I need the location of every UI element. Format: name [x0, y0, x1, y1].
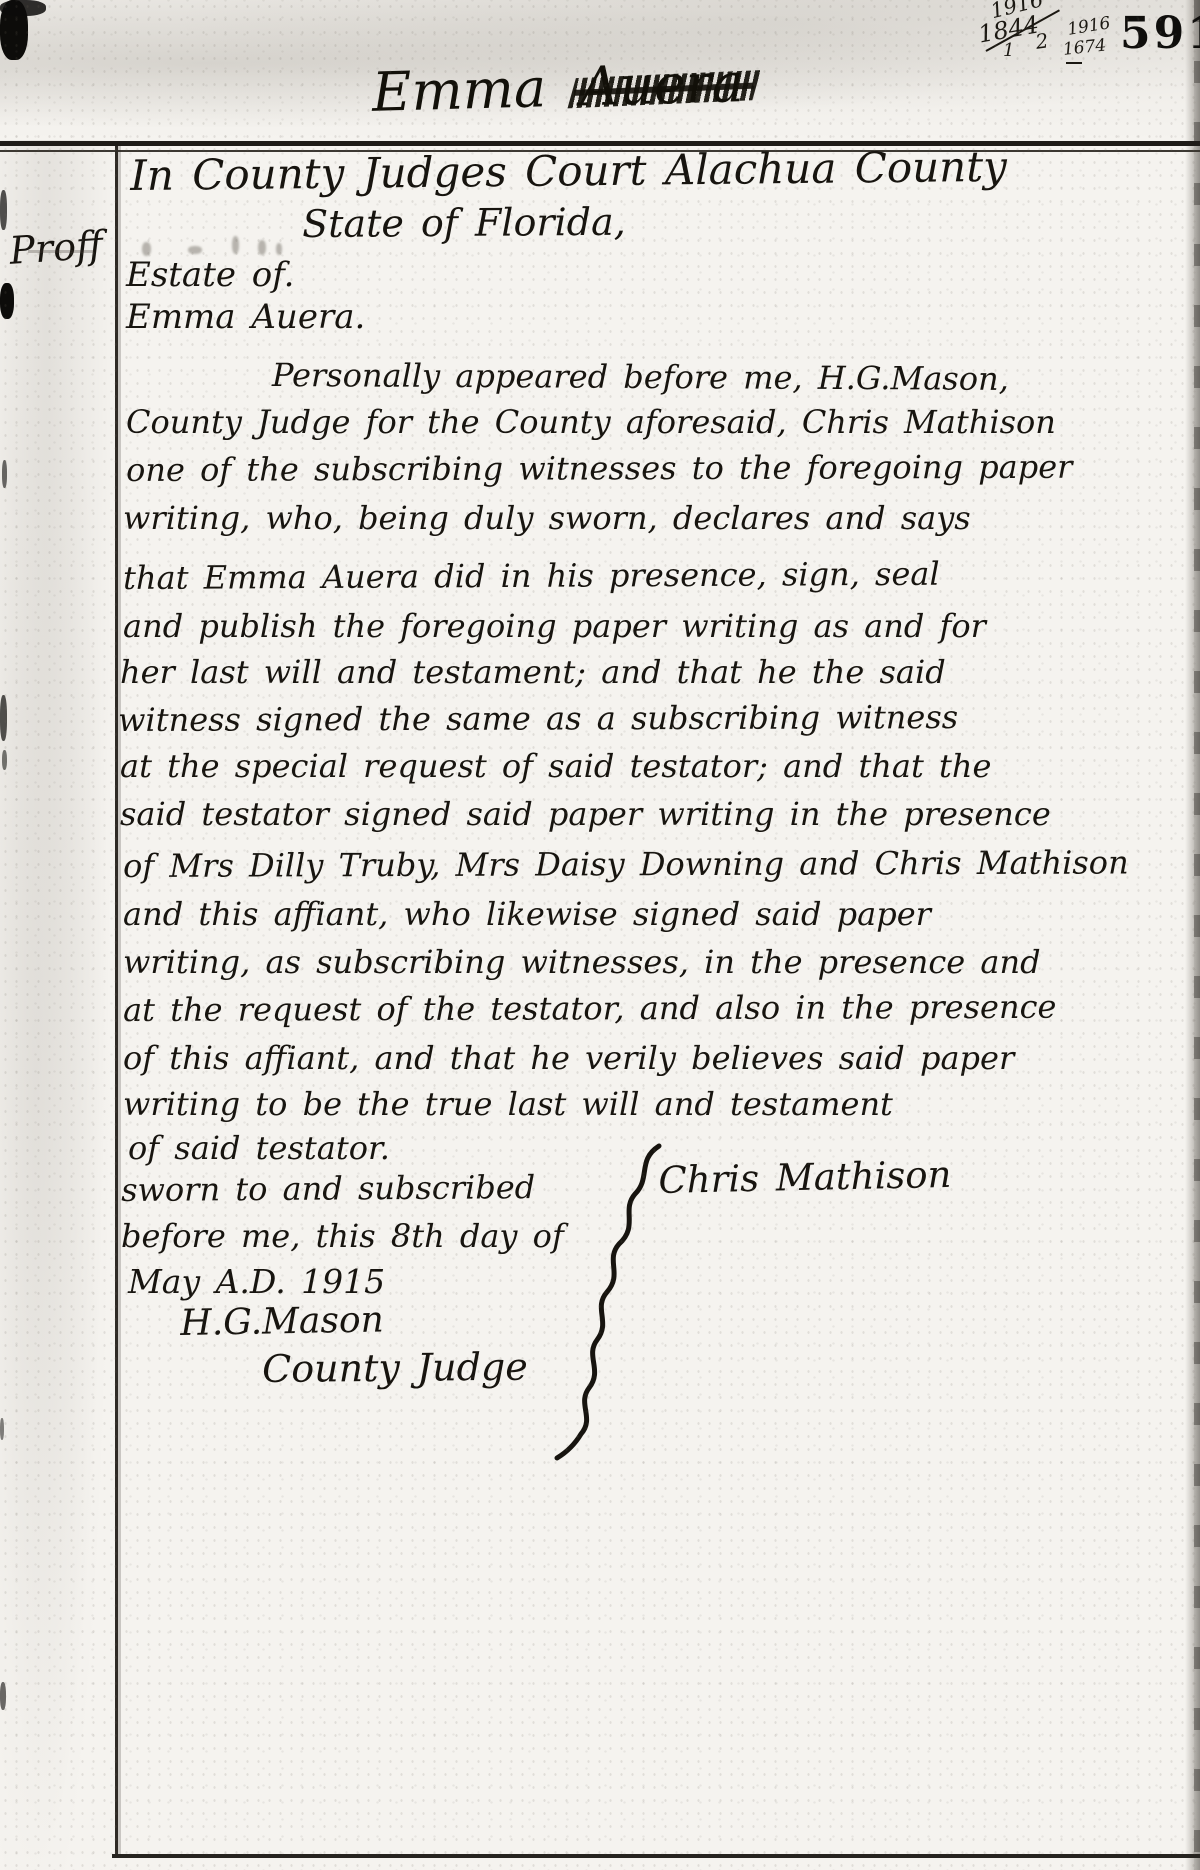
decedent-name-line: Emma Auera.: [126, 298, 365, 337]
body-line: writing, as subscribing witnesses, in th…: [123, 944, 1041, 981]
body-line: Personally appeared before me, H.G.Mason…: [272, 357, 1009, 398]
scan-artifact: [0, 695, 7, 741]
jurat-brace: [545, 1142, 675, 1462]
ink-smudge: [232, 236, 239, 254]
scan-haze: [0, 140, 117, 1870]
body-line: witness signed the same as a subscribing…: [118, 699, 958, 739]
body-line: of this affiant, and that he verily beli…: [123, 1040, 1014, 1077]
judge-title: County Judge: [262, 1346, 528, 1392]
body-line: one of the subscribing witnesses to the …: [126, 449, 1072, 489]
jurat-line: May A.D. 1915: [128, 1263, 385, 1301]
body-line: County Judge for the County aforesaid, C…: [126, 404, 1056, 441]
header-fraction-b-underline: [1066, 62, 1082, 64]
witness-signature: Chris Mathison: [658, 1154, 952, 1203]
header-fraction-b-denominator: 1674: [1062, 35, 1107, 59]
court-heading-line: In County Judges Court Alachua County: [130, 143, 1007, 200]
body-line: her last will and testament; and that he…: [120, 654, 946, 691]
scan-artifact: [0, 1418, 4, 1440]
page-title: EmmaAuera: [371, 51, 744, 124]
judge-signature: H.G.Mason: [180, 1299, 384, 1344]
jurat-line: before me, this 8th day of: [121, 1218, 564, 1255]
body-line: that Emma Auera did in his presence, sig…: [123, 556, 940, 597]
header-fraction-a-sub-right: 2: [1034, 28, 1050, 54]
estate-of-line: Estate of.: [126, 256, 294, 295]
ink-smudge: [258, 240, 266, 255]
jurat-line: sworn to and subscribed: [121, 1169, 535, 1209]
scan-artifact: [0, 283, 14, 319]
state-line: State of Florida,: [302, 201, 626, 247]
body-line: of said testator.: [128, 1130, 390, 1167]
scan-edge-shadow: [1185, 0, 1200, 1870]
body-line: said testator signed said paper writing …: [120, 796, 1051, 833]
scan-artifact: [0, 190, 7, 230]
header-fraction-a-sub-left: 1: [1003, 40, 1014, 61]
scan-artifact: [2, 750, 7, 770]
body-line: writing, who, being duly sworn, declares…: [123, 500, 971, 537]
body-line: and this affiant, who likewise signed sa…: [123, 896, 931, 933]
scanned-document-page: 1916 1844 1 2 1916 1674 591 EmmaAuera Pr…: [0, 0, 1200, 1870]
title-first-name: Emma: [371, 56, 547, 124]
body-line: at the special request of said testator;…: [120, 748, 991, 785]
ink-smudge: [142, 242, 151, 256]
body-line: and publish the foregoing paper writing …: [123, 608, 986, 645]
ink-smudge: [28, 250, 94, 253]
body-line: writing to be the true last will and tes…: [123, 1086, 893, 1123]
margin-note: Proff: [8, 223, 104, 273]
scan-artifact: [0, 0, 46, 16]
left-margin-rule: [115, 146, 118, 1858]
ink-smudge: [188, 246, 202, 254]
scan-artifact: [0, 1682, 6, 1710]
body-line: at the request of the testator, and also…: [123, 989, 1056, 1029]
body-line: of Mrs Dilly Truby, Mrs Daisy Downing an…: [123, 844, 1129, 884]
ink-smudge: [276, 243, 282, 255]
printed-page-number: 591: [1120, 8, 1200, 59]
title-surname-scribbled: Auera: [579, 51, 744, 118]
scan-artifact: [2, 460, 7, 488]
bottom-rule: [112, 1854, 1200, 1858]
